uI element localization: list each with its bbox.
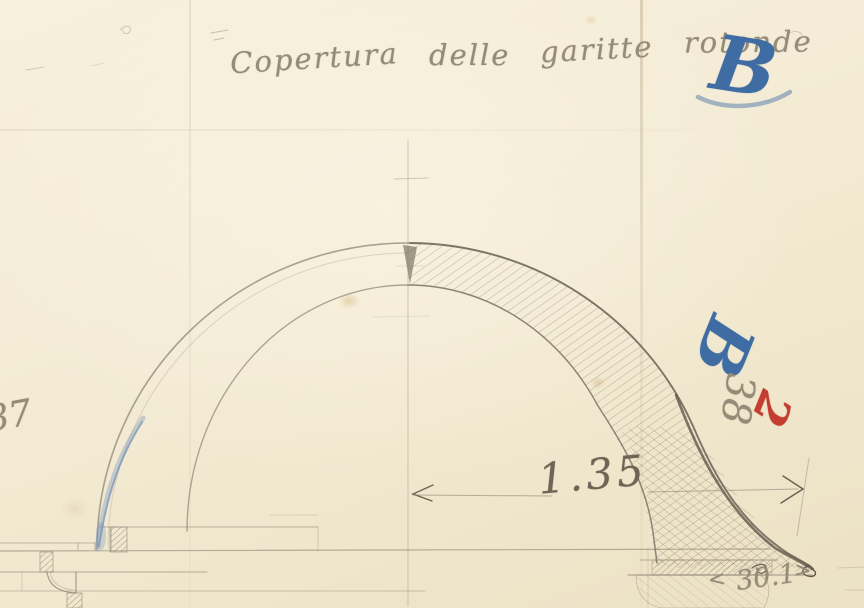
blue-b-flourish (698, 92, 790, 106)
arch-hatching (408, 243, 813, 575)
arch-drawing (0, 0, 864, 608)
pencil-squiggles (26, 26, 802, 70)
scanned-drawing-sheet: Copertura delle garitte rotonde B B 38 2… (0, 0, 864, 608)
vertical-centerline (373, 140, 430, 606)
